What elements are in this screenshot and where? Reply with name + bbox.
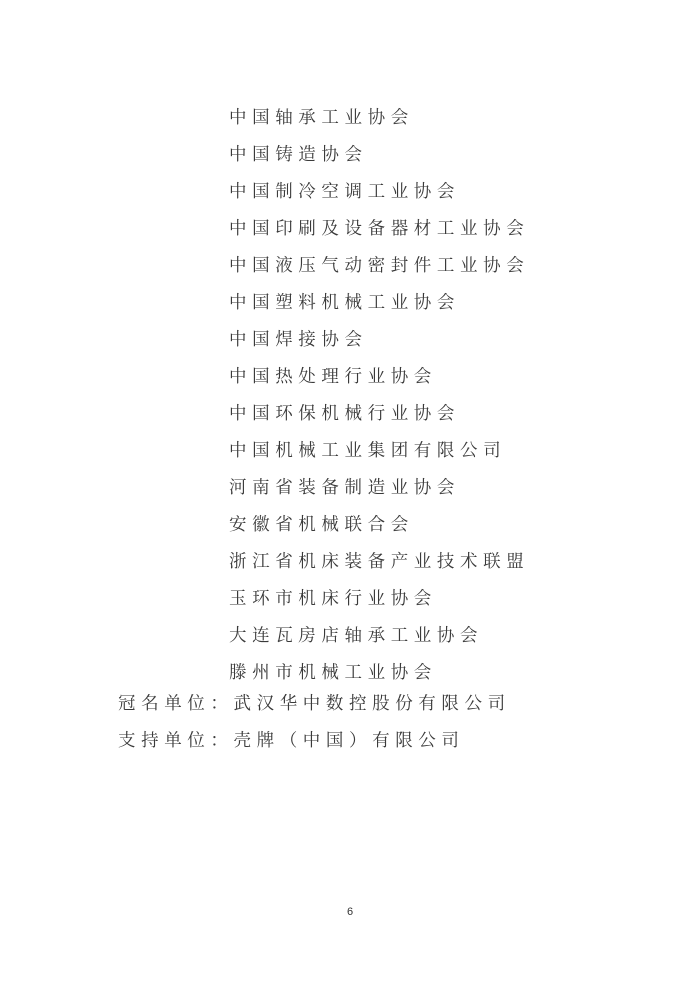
list-item: 浙江省机床装备产业技术联盟 (229, 550, 529, 587)
list-item: 中国机械工业集团有限公司 (229, 439, 529, 476)
sponsor-value: 壳牌（中国）有限公司 (234, 731, 465, 751)
list-item: 中国印刷及设备器材工业协会 (229, 217, 529, 254)
list-item: 中国焊接协会 (229, 328, 529, 365)
list-item: 中国制冷空调工业协会 (229, 180, 529, 217)
list-item: 中国塑料机械工业协会 (229, 291, 529, 328)
title-sponsor-line: 冠名单位：武汉华中数控股份有限公司 (118, 692, 511, 729)
sponsor-section: 冠名单位：武汉华中数控股份有限公司 支持单位：壳牌（中国）有限公司 (118, 692, 511, 766)
list-item: 玉环市机床行业协会 (229, 587, 529, 624)
sponsor-label: 冠名单位： (118, 694, 234, 714)
list-item: 中国液压气动密封件工业协会 (229, 254, 529, 291)
list-item: 安徽省机械联合会 (229, 513, 529, 550)
list-item: 河南省装备制造业协会 (229, 476, 529, 513)
list-item: 中国环保机械行业协会 (229, 402, 529, 439)
list-item: 中国铸造协会 (229, 143, 529, 180)
list-item: 中国轴承工业协会 (229, 106, 529, 143)
list-item: 大连瓦房店轴承工业协会 (229, 624, 529, 661)
supporting-sponsor-line: 支持单位：壳牌（中国）有限公司 (118, 729, 511, 766)
sponsor-value: 武汉华中数控股份有限公司 (234, 694, 511, 714)
page-number: 6 (0, 906, 700, 918)
sponsor-label: 支持单位： (118, 731, 234, 751)
organization-list: 中国轴承工业协会 中国铸造协会 中国制冷空调工业协会 中国印刷及设备器材工业协会… (229, 106, 529, 698)
list-item: 中国热处理行业协会 (229, 365, 529, 402)
